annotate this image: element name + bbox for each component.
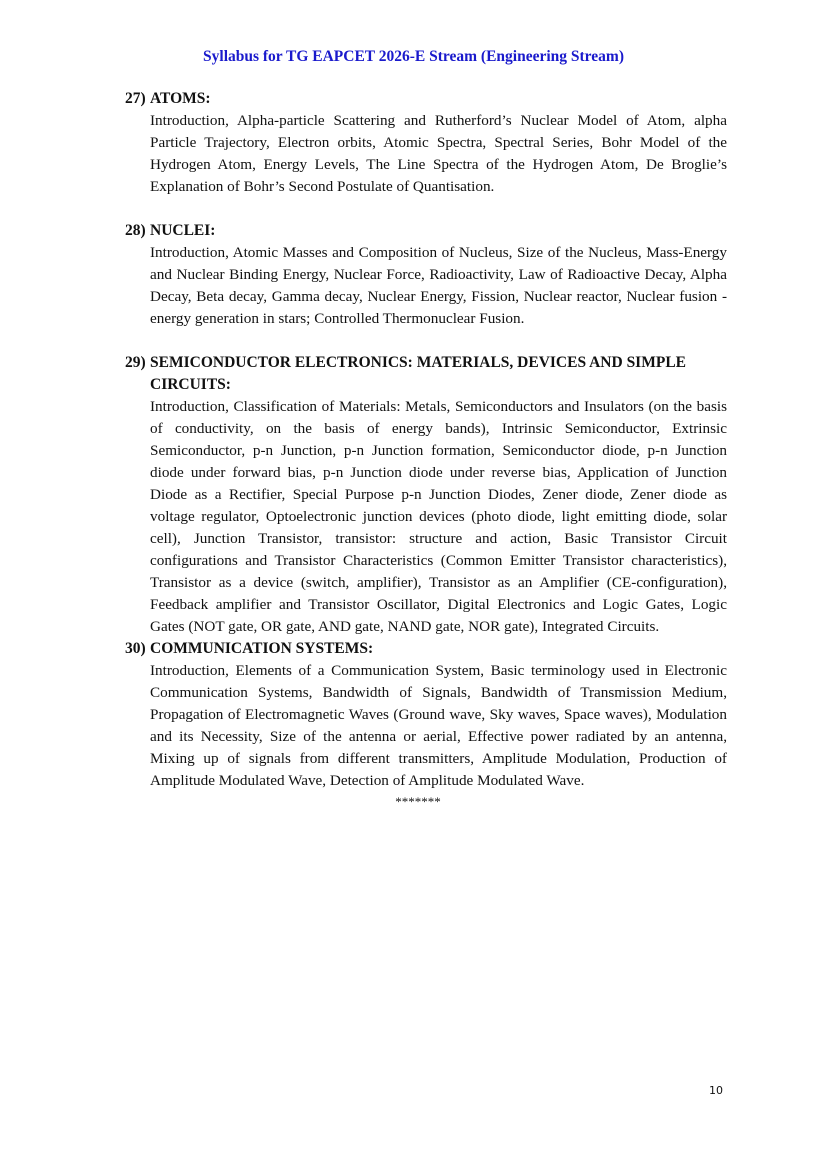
section-title: COMMUNICATION SYSTEMS: [150, 638, 727, 660]
section-body: Introduction, Alpha-particle Scattering … [150, 110, 727, 198]
section-title: ATOMS: [150, 88, 727, 110]
section-heading: 27) ATOMS: [125, 88, 727, 110]
section-nuclei: 28) NUCLEI: Introduction, Atomic Masses … [125, 220, 727, 330]
section-heading: 29) SEMICONDUCTOR ELECTRONICS: MATERIALS… [125, 352, 727, 396]
section-body: Introduction, Elements of a Communicatio… [150, 660, 727, 792]
section-number: 28) [125, 220, 150, 242]
section-semiconductor-electronics: 29) SEMICONDUCTOR ELECTRONICS: MATERIALS… [125, 352, 727, 638]
section-title: NUCLEI: [150, 220, 727, 242]
section-number: 29) [125, 352, 150, 396]
section-body: Introduction, Atomic Masses and Composit… [150, 242, 727, 330]
section-communication-systems: 30) COMMUNICATION SYSTEMS: Introduction,… [125, 638, 727, 792]
section-number: 30) [125, 638, 150, 660]
document-header: Syllabus for TG EAPCET 2026-E Stream (En… [0, 48, 827, 66]
section-number: 27) [125, 88, 150, 110]
section-heading: 28) NUCLEI: [125, 220, 727, 242]
section-heading: 30) COMMUNICATION SYSTEMS: [125, 638, 727, 660]
section-title: SEMICONDUCTOR ELECTRONICS: MATERIALS, DE… [150, 352, 727, 396]
section-atoms: 27) ATOMS: Introduction, Alpha-particle … [125, 88, 727, 198]
syllabus-content: 27) ATOMS: Introduction, Alpha-particle … [125, 88, 727, 812]
page-number: 10 [709, 1084, 723, 1097]
end-marker: ******* [109, 792, 727, 812]
section-body: Introduction, Classification of Material… [150, 396, 727, 638]
